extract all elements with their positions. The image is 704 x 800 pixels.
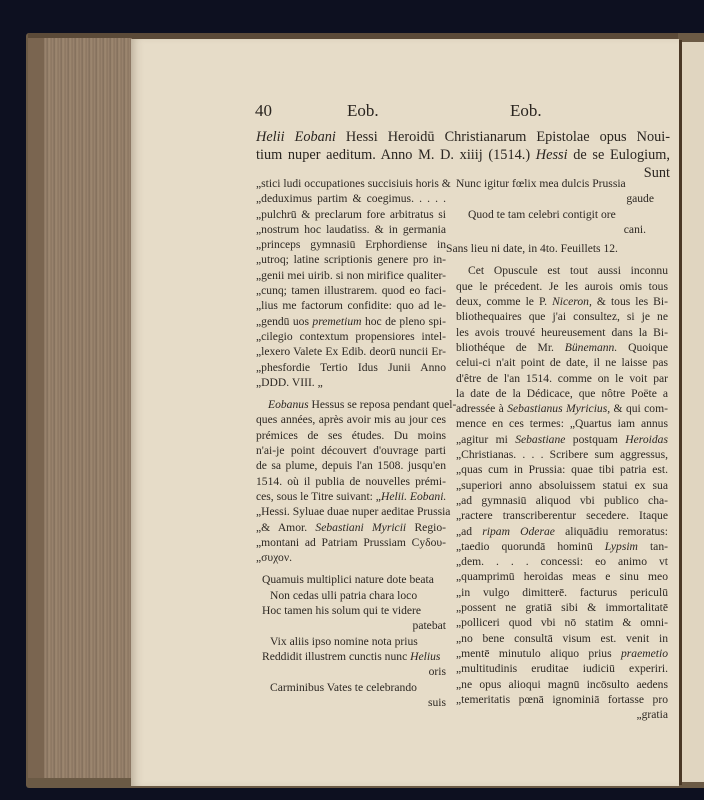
french-paragraph: Cet Opuscule est tout aussi inconnu que … (456, 263, 668, 722)
page-number: 40 (255, 101, 272, 121)
catchword: „gratia (456, 707, 668, 722)
right-column: Nunc igitur fœlix mea dulcis Prussia gau… (456, 176, 668, 722)
entry-title: Helii Eobani Hessi Heroidū Christianarum… (256, 128, 670, 182)
running-head-left: Eob. (347, 101, 379, 121)
imprint-note: Sans lieu ni date, in 4to. Feuillets 12. (446, 241, 668, 256)
latin-verse-continued: Nunc igitur fœlix mea dulcis Prussia gau… (456, 176, 668, 237)
french-paragraph: Eobanus Hessus se reposa pendant quel- q… (256, 397, 446, 565)
running-head-right: Eob. (510, 101, 542, 121)
latin-quotation: „stici ludi occupationes succisiuis hori… (256, 176, 446, 390)
page-edges-left (28, 38, 132, 778)
facing-page-edge (682, 42, 704, 782)
left-column: „stici ludi occupationes succisiuis hori… (256, 176, 446, 710)
running-head: 40 Eob. Eob. (255, 101, 671, 125)
latin-verse: Quamuis multiplici nature dote beata Non… (256, 572, 446, 710)
